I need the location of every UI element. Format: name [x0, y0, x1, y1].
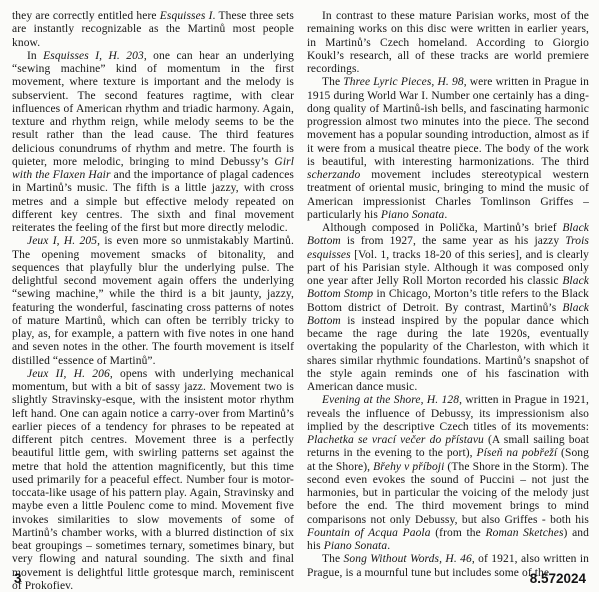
paragraph: Although composed in Polička, Martinů’s …	[307, 222, 589, 394]
booklet-page: they are correctly entitled here Esquiss…	[0, 0, 599, 592]
paragraph: In contrast to these mature Parisian wor…	[307, 10, 589, 76]
catalog-number: 8.572024	[530, 571, 586, 586]
page-number: 3	[14, 571, 22, 586]
paragraph: The Three Lyric Pieces, H. 98, were writ…	[307, 76, 589, 222]
paragraph: Evening at the Shore, H. 128, written in…	[307, 394, 589, 553]
paragraph: they are correctly entitled here Esquiss…	[12, 10, 294, 50]
paragraph: Jeux II, H. 206, opens with underlying m…	[12, 368, 294, 592]
page-footer: 3 8.572024	[14, 571, 586, 586]
paragraph: In Esquisses I, H. 203, one can hear an …	[12, 50, 294, 236]
paragraph: Jeux I, H. 205, is even more so unmistak…	[12, 235, 294, 368]
text-column-right: In contrast to these mature Parisian wor…	[307, 10, 589, 592]
text-columns: they are correctly entitled here Esquiss…	[12, 10, 588, 592]
text-column-left: they are correctly entitled here Esquiss…	[12, 10, 294, 592]
